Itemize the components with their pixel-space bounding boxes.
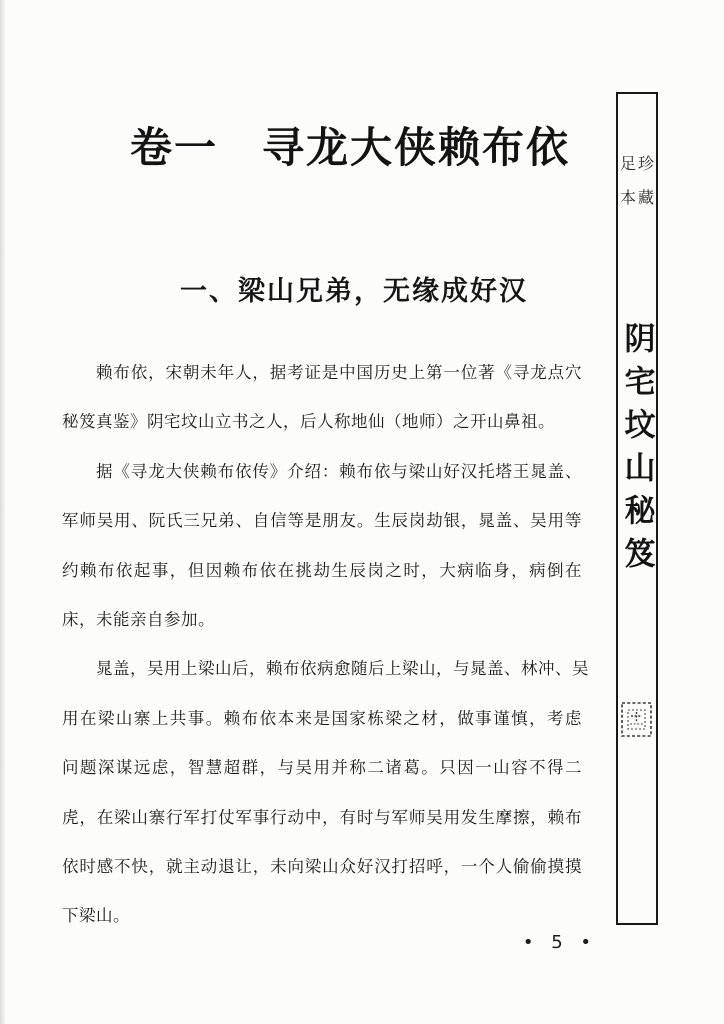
body-text-line: 晁盖，吴用上梁山后，赖布依病愈随后上梁山，与晁盖、林冲、吴 [62, 644, 582, 693]
seal-char: 足 [620, 149, 637, 179]
section-heading: 一、梁山兄弟，无缘成好汉 [0, 272, 708, 312]
body-text-line: 问题深谋远虑，智慧超群，与吴用并称二诸葛。只因一山容不得二 [62, 743, 582, 792]
page-number: • 5 • [495, 928, 625, 958]
body-text-line: 床，未能亲自参加。 [62, 595, 582, 644]
book-page: 卷一 寻龙大侠赖布依 一、梁山兄弟，无缘成好汉 赖布依，宋朝未年人，据考证是中国… [0, 0, 724, 1024]
body-text-line: 赖布依，宋朝未年人，据考证是中国历史上第一位著《寻龙点穴 [62, 348, 582, 397]
body-text-line: 依时感不快，就主动退让，未向梁山众好汉打招呼，一个人偷偷摸摸 [62, 842, 582, 891]
body-text-line: 用在梁山寨上共事。赖布依本来是国家栋梁之材，做事谨慎，考虑 [62, 694, 582, 743]
body-text-line: 军师吴用、阮氏三兄弟、自信等是朋友。生辰岗劫银，晁盖、吴用等 [62, 496, 582, 545]
seal-char: 本 [620, 183, 637, 213]
chapter-title: 卷一 寻龙大侠赖布依 [0, 118, 700, 178]
seal-char: 珍 [638, 149, 655, 179]
body-text-line: 约赖布依起事，但因赖布依在挑劫生辰岗之时，大病临身，病倒在 [62, 546, 582, 595]
seal-script-text: 珍 藏 足 本 [620, 149, 655, 213]
body-text-line: 虎，在梁山寨行军打仗军事行动中，有时与军师吴用发生摩擦，赖布 [62, 793, 582, 842]
book-spine: 珍 藏 足 本 阴宅坟山秘笈 [616, 92, 658, 925]
seal-char: 藏 [638, 183, 655, 213]
spine-title: 阴宅坟山秘笈 [615, 322, 660, 580]
body-text-line: 秘笈真鉴》阴宅坟山立书之人，后人称地仙（地师）之开山鼻祖。 [62, 397, 582, 446]
dashed-seal-stamp-icon [620, 699, 654, 739]
body-text-line: 据《寻龙大侠赖布依传》介绍：赖布依与梁山好汉托塔王晁盖、 [62, 447, 582, 496]
body-text: 赖布依，宋朝未年人，据考证是中国历史上第一位著《寻龙点穴 秘笈真鉴》阴宅坟山立书… [62, 348, 582, 941]
